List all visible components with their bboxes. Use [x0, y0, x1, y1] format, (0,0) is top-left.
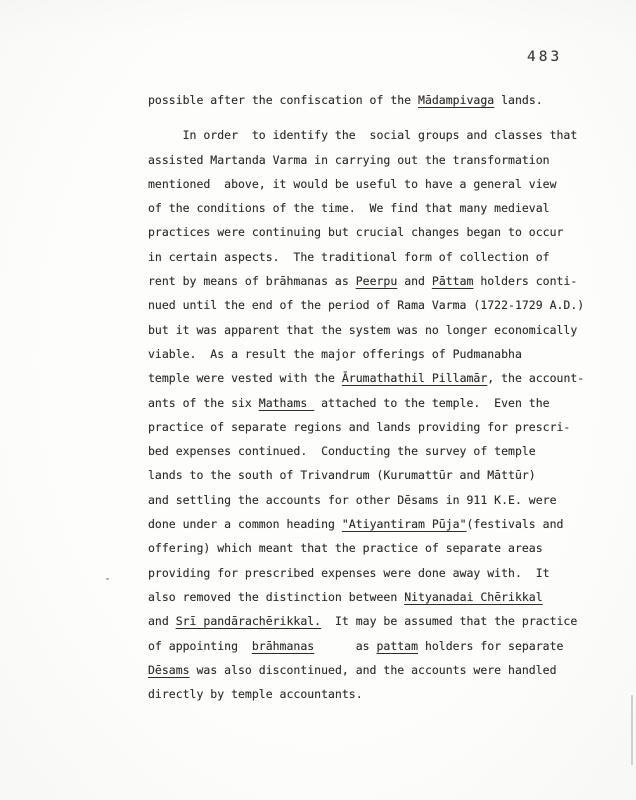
- text-line: nued until the end of the period of Rama…: [148, 293, 618, 317]
- underlined-term: Ārumathathil Pillamār: [342, 371, 487, 385]
- document-text-block: possible after the confiscation of the M…: [148, 88, 618, 706]
- text-line: In order to identify the social groups a…: [148, 123, 618, 147]
- text-run: It may be assumed that the practice: [321, 614, 577, 628]
- underlined-term: brāhmanas: [252, 639, 314, 653]
- text-line: and settling the accounts for other Dēsa…: [148, 488, 618, 512]
- text-run: mentioned above, it would be useful to h…: [148, 177, 557, 191]
- text-run: practice of separate regions and lands p…: [148, 420, 570, 434]
- scan-artifact-dot: [106, 578, 109, 580]
- text-run: , the account-: [487, 371, 584, 385]
- text-line: providing for prescribed expenses were d…: [148, 561, 618, 585]
- text-line: also removed the distinction between Nit…: [148, 585, 618, 609]
- text-run: bed expenses continued. Conducting the s…: [148, 444, 536, 458]
- underlined-term: "Atiyantiram Pūja": [342, 517, 467, 531]
- text-run: as: [314, 639, 376, 653]
- text-run: in certain aspects. The traditional form…: [148, 250, 550, 264]
- text-line: but it was apparent that the system was …: [148, 318, 618, 342]
- page-number: 483: [527, 49, 562, 65]
- text-run: lands.: [494, 93, 542, 107]
- underlined-term: Nityanadai Chērikkal: [404, 590, 542, 604]
- text-line: assisted Martanda Varma in carrying out …: [148, 148, 618, 172]
- underlined-term: Srī pandārachērikkal.: [176, 614, 321, 628]
- text-run: holders for separate: [418, 639, 563, 653]
- text-run: and settling the accounts for other Dēsa…: [148, 493, 557, 507]
- text-run: also removed the distinction between: [148, 590, 404, 604]
- text-run: and: [397, 274, 432, 288]
- text-run: In order to identify the social groups a…: [148, 128, 577, 142]
- text-line: lands to the south of Trivandrum (Kuruma…: [148, 463, 618, 487]
- scan-artifact-vertical-line: [631, 695, 633, 765]
- underlined-term: pattam: [376, 639, 418, 653]
- text-line: mentioned above, it would be useful to h…: [148, 172, 618, 196]
- text-line: temple were vested with the Ārumathathil…: [148, 366, 618, 390]
- text-run: holders conti-: [473, 274, 577, 288]
- text-line: and Srī pandārachērikkal. It may be assu…: [148, 609, 618, 633]
- text-line: viable. As a result the major offerings …: [148, 342, 618, 366]
- text-line: directly by temple accountants.: [148, 682, 618, 706]
- text-run: possible after the confiscation of the: [148, 93, 418, 107]
- underlined-term: Mathams: [259, 396, 314, 410]
- text-run: attached to the temple. Even the: [314, 396, 549, 410]
- text-run: viable. As a result the major offerings …: [148, 347, 522, 361]
- text-line: possible after the confiscation of the M…: [148, 88, 618, 112]
- text-run: rent by means of brāhmanas as: [148, 274, 356, 288]
- text-line: in certain aspects. The traditional form…: [148, 245, 618, 269]
- text-run: providing for prescribed expenses were d…: [148, 566, 550, 580]
- text-line: of appointing brāhmanas as pattam holder…: [148, 634, 618, 658]
- text-run: assisted Martanda Varma in carrying out …: [148, 153, 550, 167]
- text-line: of the conditions of the time. We find t…: [148, 196, 618, 220]
- underlined-term: Dēsams: [148, 663, 190, 677]
- text-run: nued until the end of the period of Rama…: [148, 298, 584, 312]
- text-line: practice of separate regions and lands p…: [148, 415, 618, 439]
- text-run: of the conditions of the time. We find t…: [148, 201, 550, 215]
- text-run: (festivals and: [467, 517, 564, 531]
- underlined-term: Peerpu: [356, 274, 398, 288]
- text-run: of appointing: [148, 639, 252, 653]
- text-run: ants of the six: [148, 396, 259, 410]
- text-run: but it was apparent that the system was …: [148, 323, 577, 337]
- text-run: was also discontinued, and the accounts …: [190, 663, 557, 677]
- text-run: practices were continuing but crucial ch…: [148, 225, 563, 239]
- text-line: Dēsams was also discontinued, and the ac…: [148, 658, 618, 682]
- text-line: ants of the six Mathams attached to the …: [148, 391, 618, 415]
- text-run: temple were vested with the: [148, 371, 342, 385]
- text-run: lands to the south of Trivandrum (Kuruma…: [148, 468, 536, 482]
- text-run: done under a common heading: [148, 517, 342, 531]
- text-line: rent by means of brāhmanas as Peerpu and…: [148, 269, 618, 293]
- text-line: bed expenses continued. Conducting the s…: [148, 439, 618, 463]
- text-run: and: [148, 614, 176, 628]
- text-run: offering) which meant that the practice …: [148, 541, 543, 555]
- underlined-term: Mādampivaga: [418, 93, 494, 107]
- underlined-term: Pāttam: [432, 274, 474, 288]
- document-page: 483 possible after the confiscation of t…: [0, 0, 636, 800]
- text-line: done under a common heading "Atiyantiram…: [148, 512, 618, 536]
- text-run: directly by temple accountants.: [148, 687, 363, 701]
- text-line: offering) which meant that the practice …: [148, 536, 618, 560]
- text-line: practices were continuing but crucial ch…: [148, 220, 618, 244]
